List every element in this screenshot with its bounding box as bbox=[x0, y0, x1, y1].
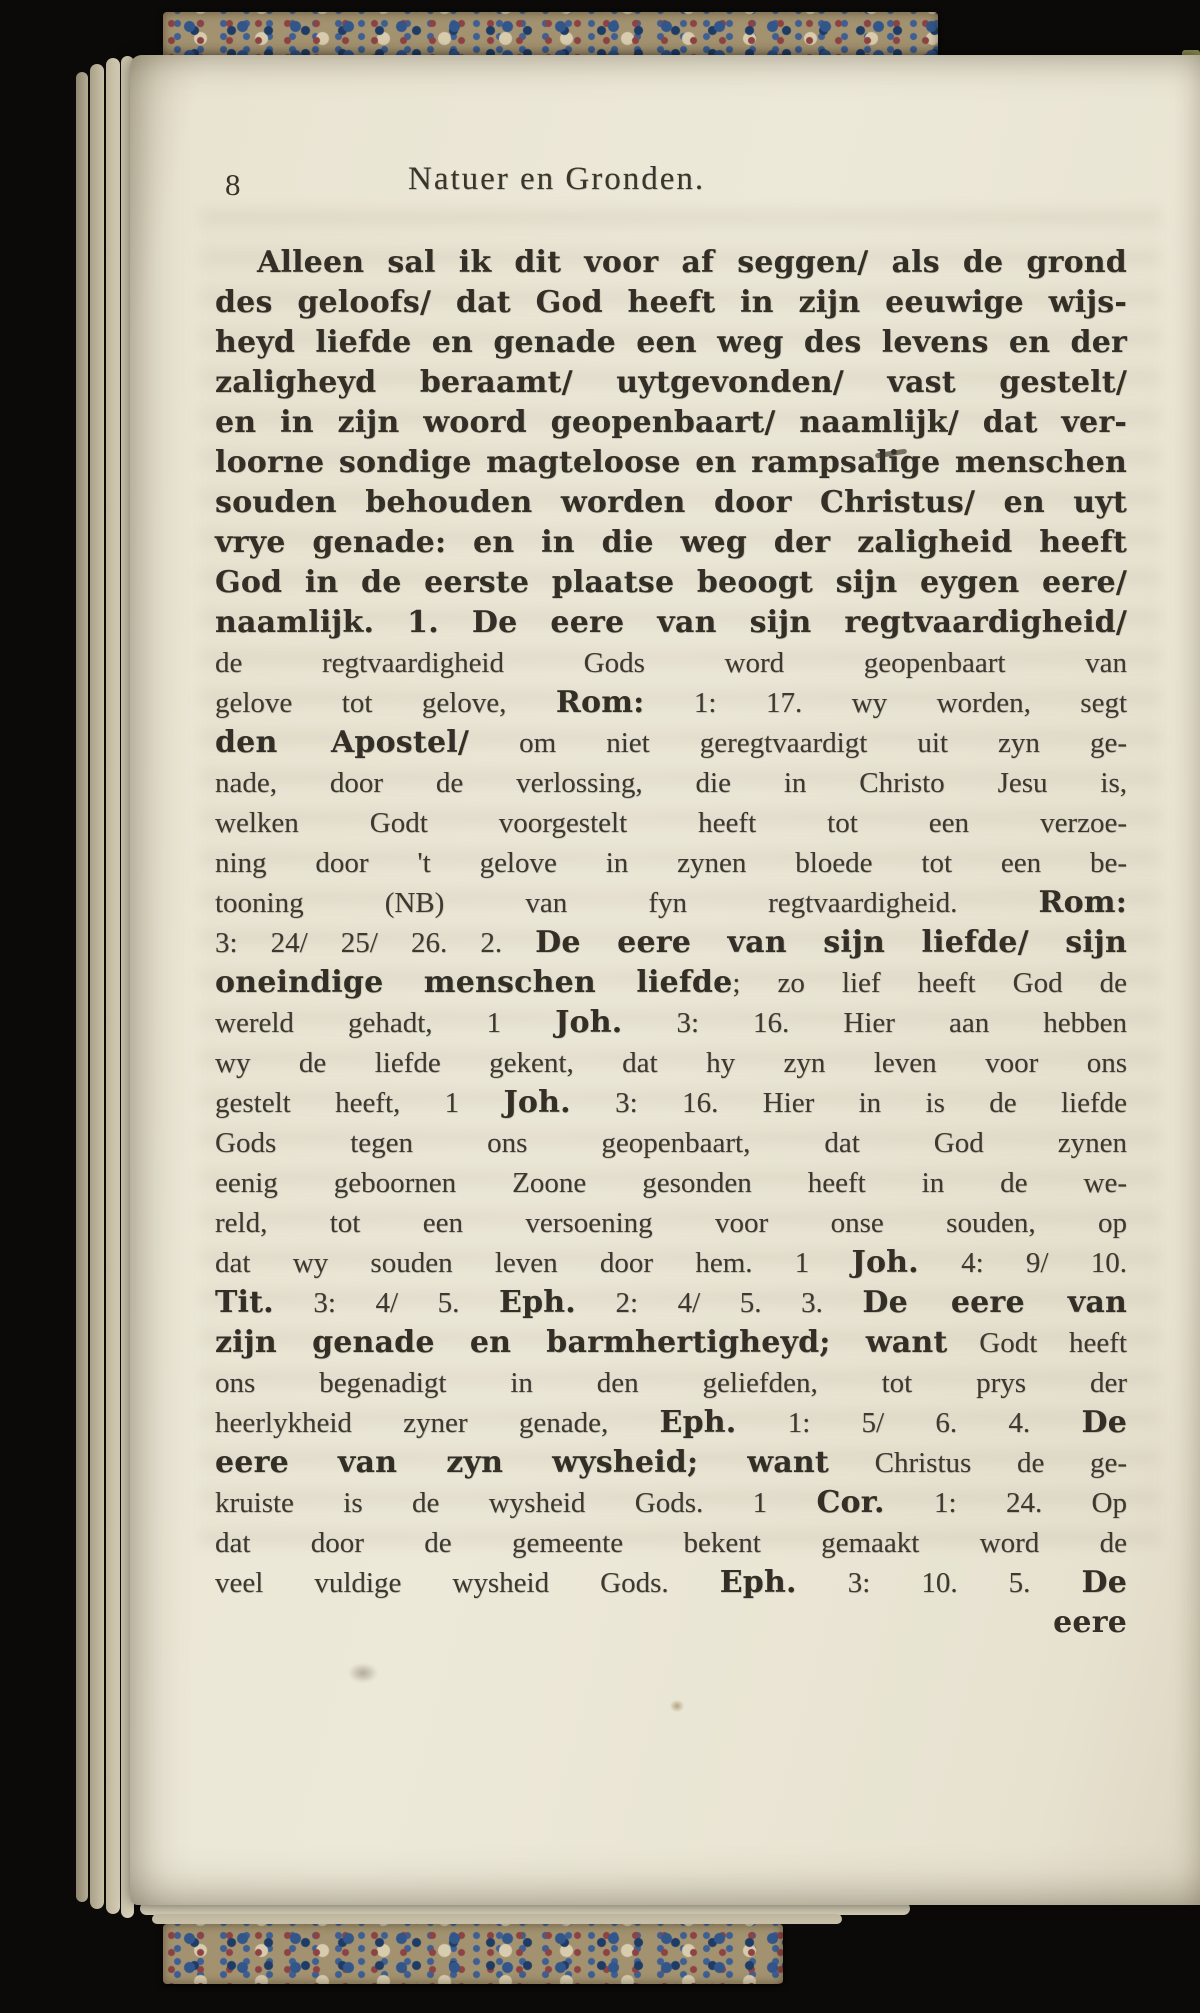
roman-segment: ning door 't gelove in zynen bloede tot … bbox=[215, 847, 1127, 879]
blackletter-segment: Eph. bbox=[720, 1565, 797, 1600]
blackletter-segment: Eph. bbox=[660, 1405, 737, 1440]
blackletter-segment: naamlijk. 1. De eere van sijn regtvaardi… bbox=[215, 605, 1127, 640]
text-line: wereld gehadt, 1 Joh. 3: 16. Hier aan he… bbox=[215, 1003, 1127, 1043]
roman-segment: 3: 24/ 25/ 26. 2. bbox=[215, 927, 535, 959]
text-line: Alleen sal ik dit voor af seggen/ als de… bbox=[215, 243, 1127, 283]
blackletter-segment: zaligheyd beraamt/ uytgevonden/ vast ges… bbox=[215, 365, 1127, 400]
blackletter-segment: Joh. bbox=[852, 1245, 919, 1280]
blackletter-segment: De eere van bbox=[862, 1285, 1127, 1320]
blackletter-segment: eere van zyn wysheid; want bbox=[215, 1445, 829, 1480]
catchword: eere bbox=[215, 1603, 1127, 1643]
blackletter-segment: souden behouden worden door Christus/ en… bbox=[215, 485, 1127, 520]
text-line: en in zijn woord geopenbaart/ naamlijk/ … bbox=[215, 403, 1127, 443]
blackletter-segment: Rom: bbox=[556, 685, 645, 720]
text-line: ons begenadigt in den geliefden, tot pry… bbox=[215, 1363, 1127, 1403]
roman-segment: om niet geregtvaardigt uit zyn ge- bbox=[469, 727, 1127, 759]
roman-segment: gestelt heeft, 1 bbox=[215, 1087, 504, 1119]
text-line: den Apostel/ om niet geregtvaardigt uit … bbox=[215, 723, 1127, 763]
blackletter-segment: Cor. bbox=[816, 1485, 884, 1520]
roman-segment: ; zo lief heeft God de bbox=[732, 967, 1127, 999]
blackletter-segment: oneindige menschen liefde bbox=[215, 965, 732, 1000]
text-line: vrye genade: en in die weg der zaligheid… bbox=[215, 523, 1127, 563]
text-line: tooning (NB) van fyn regtvaardigheid. Ro… bbox=[215, 883, 1127, 923]
text-line: zijn genade en barmhertigheyd; want Godt… bbox=[215, 1323, 1127, 1363]
roman-segment: Christus de ge- bbox=[829, 1447, 1127, 1479]
blackletter-segment: heyd liefde en genade een weg des levens… bbox=[215, 325, 1127, 360]
roman-segment: 1: 24. Op bbox=[885, 1487, 1127, 1519]
blackletter-segment: De eere van sijn liefde/ sijn bbox=[535, 925, 1127, 960]
blackletter-segment: den Apostel/ bbox=[215, 725, 469, 760]
text-block: Alleen sal ik dit voor af seggen/ als de… bbox=[215, 243, 1127, 1643]
blackletter-segment: God in de eerste plaatse beoogt sijn eyg… bbox=[215, 565, 1127, 600]
text-line: naamlijk. 1. De eere van sijn regtvaardi… bbox=[215, 603, 1127, 643]
text-line: veel vuldige wysheid Gods. Eph. 3: 10. 5… bbox=[215, 1563, 1127, 1603]
blackletter-segment: Alleen sal ik dit voor af seggen/ als de… bbox=[257, 245, 1127, 280]
text-line: des geloofs/ dat God heeft in zijn eeuwi… bbox=[215, 283, 1127, 323]
roman-segment: ons begenadigt in den geliefden, tot pry… bbox=[215, 1367, 1127, 1399]
blackletter-segment: vrye genade: en in die weg der zaligheid… bbox=[215, 525, 1127, 560]
page-stack-edge bbox=[76, 72, 88, 1902]
roman-segment: eenig geboornen Zoone gesonden heeft in … bbox=[215, 1167, 1127, 1199]
roman-segment: dat door de gemeente bekent gemaakt word… bbox=[215, 1527, 1127, 1559]
ink-smudge bbox=[348, 1663, 378, 1683]
text-line: heerlykheid zyner genade, Eph. 1: 5/ 6. … bbox=[215, 1403, 1127, 1443]
text-line: 3: 24/ 25/ 26. 2. De eere van sijn liefd… bbox=[215, 923, 1127, 963]
page-number: 8 bbox=[225, 167, 241, 203]
text-line: eere van zyn wysheid; want Christus de g… bbox=[215, 1443, 1127, 1483]
roman-segment: 1: 17. wy worden, segt bbox=[644, 687, 1127, 719]
page-stack-edge bbox=[90, 64, 104, 1909]
text-line: souden behouden worden door Christus/ en… bbox=[215, 483, 1127, 523]
text-line: wy de liefde gekent, dat hy zyn leven vo… bbox=[215, 1043, 1127, 1083]
text-line: gestelt heeft, 1 Joh. 3: 16. Hier in is … bbox=[215, 1083, 1127, 1123]
roman-segment: kruiste is de wysheid Gods. 1 bbox=[215, 1487, 816, 1519]
blackletter-segment: eere bbox=[1053, 1605, 1127, 1640]
roman-segment: wereld gehadt, 1 bbox=[215, 1007, 555, 1039]
text-line: oneindige menschen liefde; zo lief heeft… bbox=[215, 963, 1127, 1003]
text-line: welken Godt voorgestelt heeft tot een ve… bbox=[215, 803, 1127, 843]
text-line: loorne sondige magteloose en rampsalige … bbox=[215, 443, 1127, 483]
blackletter-segment: Joh. bbox=[555, 1005, 622, 1040]
blackletter-segment: Joh. bbox=[504, 1085, 571, 1120]
text-line: dat door de gemeente bekent gemaakt word… bbox=[215, 1523, 1127, 1563]
roman-segment: nade, door de verlossing, die in Christo… bbox=[215, 767, 1127, 799]
photographed-book-scan: 8 Natuer en Gronden. Alleen sal ik dit v… bbox=[0, 0, 1200, 2013]
blackletter-segment: en in zijn woord geopenbaart/ naamlijk/ … bbox=[215, 405, 1127, 440]
roman-segment: dat wy souden leven door hem. 1 bbox=[215, 1247, 852, 1279]
roman-segment: 3: 4/ 5. bbox=[274, 1287, 499, 1319]
text-line: nade, door de verlossing, die in Christo… bbox=[215, 763, 1127, 803]
roman-segment: 4: 9/ 10. bbox=[919, 1247, 1127, 1279]
text-line: de regtvaardigheid Gods word geopenbaart… bbox=[215, 643, 1127, 683]
page-bottom-edge bbox=[152, 1914, 842, 1924]
roman-segment: 3: 16. Hier in is de liefde bbox=[571, 1087, 1127, 1119]
text-line: Gods tegen ons geopenbaart, dat God zyne… bbox=[215, 1123, 1127, 1163]
text-line: heyd liefde en genade een weg des levens… bbox=[215, 323, 1127, 363]
roman-segment: 1: 5/ 6. 4. bbox=[736, 1407, 1081, 1439]
blackletter-segment: loorne sondige magteloose en rampsalige … bbox=[215, 445, 1127, 480]
roman-segment: heerlykheid zyner genade, bbox=[215, 1407, 660, 1439]
roman-segment: Gods tegen ons geopenbaart, dat God zyne… bbox=[215, 1127, 1127, 1159]
roman-segment: 2: 4/ 5. 3. bbox=[576, 1287, 862, 1319]
text-line: gelove tot gelove, Rom: 1: 17. wy worden… bbox=[215, 683, 1127, 723]
roman-segment: tooning (NB) van fyn regtvaardigheid. bbox=[215, 887, 1038, 919]
roman-segment: reld, tot een versoening voor onse soude… bbox=[215, 1207, 1127, 1239]
text-line: God in de eerste plaatse beoogt sijn eyg… bbox=[215, 563, 1127, 603]
text-line: dat wy souden leven door hem. 1 Joh. 4: … bbox=[215, 1243, 1127, 1283]
blackletter-segment: Tit. bbox=[215, 1285, 274, 1320]
roman-segment: veel vuldige wysheid Gods. bbox=[215, 1567, 720, 1599]
roman-segment: wy de liefde gekent, dat hy zyn leven vo… bbox=[215, 1047, 1127, 1079]
marbled-board-edge-top bbox=[163, 12, 938, 59]
running-title: Natuer en Gronden. bbox=[408, 161, 705, 198]
blackletter-segment: des geloofs/ dat God heeft in zijn eeuwi… bbox=[215, 285, 1127, 320]
fox-spot bbox=[670, 1700, 684, 1712]
roman-segment: 3: 10. 5. bbox=[797, 1567, 1082, 1599]
roman-segment: 3: 16. Hier aan hebben bbox=[622, 1007, 1127, 1039]
blackletter-segment: Eph. bbox=[499, 1285, 576, 1320]
page-stack-edge bbox=[106, 58, 120, 1914]
blackletter-segment: De bbox=[1081, 1405, 1127, 1440]
book-page: 8 Natuer en Gronden. Alleen sal ik dit v… bbox=[130, 55, 1200, 1905]
text-line: eenig geboornen Zoone gesonden heeft in … bbox=[215, 1163, 1127, 1203]
roman-segment: Godt heeft bbox=[947, 1327, 1127, 1359]
roman-segment: welken Godt voorgestelt heeft tot een ve… bbox=[215, 807, 1127, 839]
text-line: kruiste is de wysheid Gods. 1 Cor. 1: 24… bbox=[215, 1483, 1127, 1523]
blackletter-segment: De bbox=[1081, 1565, 1127, 1600]
text-line: zaligheyd beraamt/ uytgevonden/ vast ges… bbox=[215, 363, 1127, 403]
marbled-board-edge-bottom bbox=[163, 1924, 783, 1984]
blackletter-segment: zijn genade en barmhertigheyd; want bbox=[215, 1325, 947, 1360]
blackletter-segment: Rom: bbox=[1038, 885, 1127, 920]
roman-segment: gelove tot gelove, bbox=[215, 687, 556, 719]
text-line: Tit. 3: 4/ 5. Eph. 2: 4/ 5. 3. De eere v… bbox=[215, 1283, 1127, 1323]
text-line: ning door 't gelove in zynen bloede tot … bbox=[215, 843, 1127, 883]
roman-segment: de regtvaardigheid Gods word geopenbaart… bbox=[215, 647, 1127, 679]
text-line: reld, tot een versoening voor onse soude… bbox=[215, 1203, 1127, 1243]
